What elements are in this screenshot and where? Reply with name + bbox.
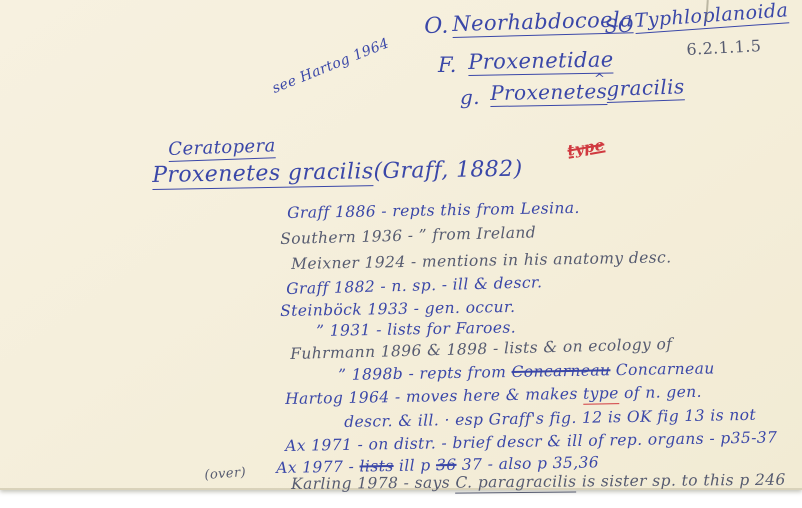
note-fuhrmann-1898b-prefix: ” 1898b - repts from <box>338 363 512 384</box>
type-annotation: type <box>566 136 606 160</box>
note-southern-1936: Southern 1936 - ” from Ireland <box>280 223 536 248</box>
species-heading-name: Proxenetes gracilis <box>152 159 374 190</box>
note-karling-1978: Karling 1978 - says C. paragracilis is s… <box>291 471 786 493</box>
species-heading-author: (Graff, 1882) <box>373 157 522 185</box>
note-hartog-1964: Hartog 1964 - moves here & makes type of… <box>285 383 702 408</box>
note-graff-1882: Graff 1882 - n. sp. - ill & descr. <box>286 273 543 298</box>
over-note: (over) <box>204 465 247 483</box>
note-ax-1977-struck1: lists <box>359 457 393 476</box>
note-karling-1978-suffix: is sister sp. to this p 246 <box>576 471 785 491</box>
order-prefix: O. <box>424 14 449 39</box>
note-ax-1977-mid: ill p <box>393 456 436 475</box>
note-fuhrmann-1898b-suffix: Concarneau <box>610 359 715 379</box>
index-card: O. Neorhabdocoela SO Typhloplanoida 6.2.… <box>0 0 802 490</box>
note-hartog-1964-prefix: Hartog 1964 - moves here & makes <box>285 385 583 408</box>
note-ax-1977-struck2: 36 <box>436 456 457 474</box>
note-hartog-1964-type: type <box>583 384 619 405</box>
note-meixner-1924: Meixner 1924 - mentions in his anatomy d… <box>291 248 672 273</box>
note-graff-1886: Graff 1886 - repts this from Lesina. <box>287 199 580 222</box>
note-karling-1978-species: C. paragracilis <box>455 473 576 494</box>
insertion-mark: ^ <box>594 72 605 87</box>
note-steinboeck-1931: ” 1931 - lists for Faroes. <box>316 319 516 340</box>
catalog-code: 6.2.1.1.5 <box>686 36 762 59</box>
genus-name: Proxenetes <box>490 79 607 107</box>
note-karling-1978-prefix: Karling 1978 - says <box>291 474 456 493</box>
note-steinboeck-1933: Steinböck 1933 - gen. occur. <box>280 298 515 320</box>
note-ax-1977-suffix: 37 - also p 35,36 <box>456 453 599 473</box>
family-prefix: F. <box>438 53 457 77</box>
note-hartog-1964-suffix: of n. gen. <box>619 383 702 402</box>
note-fuhrmann-1898b: ” 1898b - repts from Concarneau Concarne… <box>338 359 715 384</box>
suborder-name: Typhloplanoida <box>634 0 789 34</box>
genus-species: gracilis <box>606 74 685 103</box>
genus-prefix: g. <box>460 85 480 109</box>
family-name: Proxenetidae <box>468 47 614 76</box>
suborder-prefix: SO <box>604 14 635 38</box>
see-reference-note: see Hartog 1964 <box>270 35 391 96</box>
note-ax-1971: Ax 1971 - on distr. - brief descr & ill … <box>285 428 777 455</box>
new-genus-heading: Ceratopera <box>168 135 276 162</box>
scanned-index-card-page: O. Neorhabdocoela SO Typhloplanoida 6.2.… <box>0 0 802 508</box>
species-heading: Proxenetes gracilis(Graff, 1882) <box>152 157 523 188</box>
note-hartog-descr-ill: descr. & ill. · esp Graff's fig. 12 is O… <box>344 406 756 431</box>
note-fuhrmann-1898b-struck: Concarneau <box>511 361 610 381</box>
